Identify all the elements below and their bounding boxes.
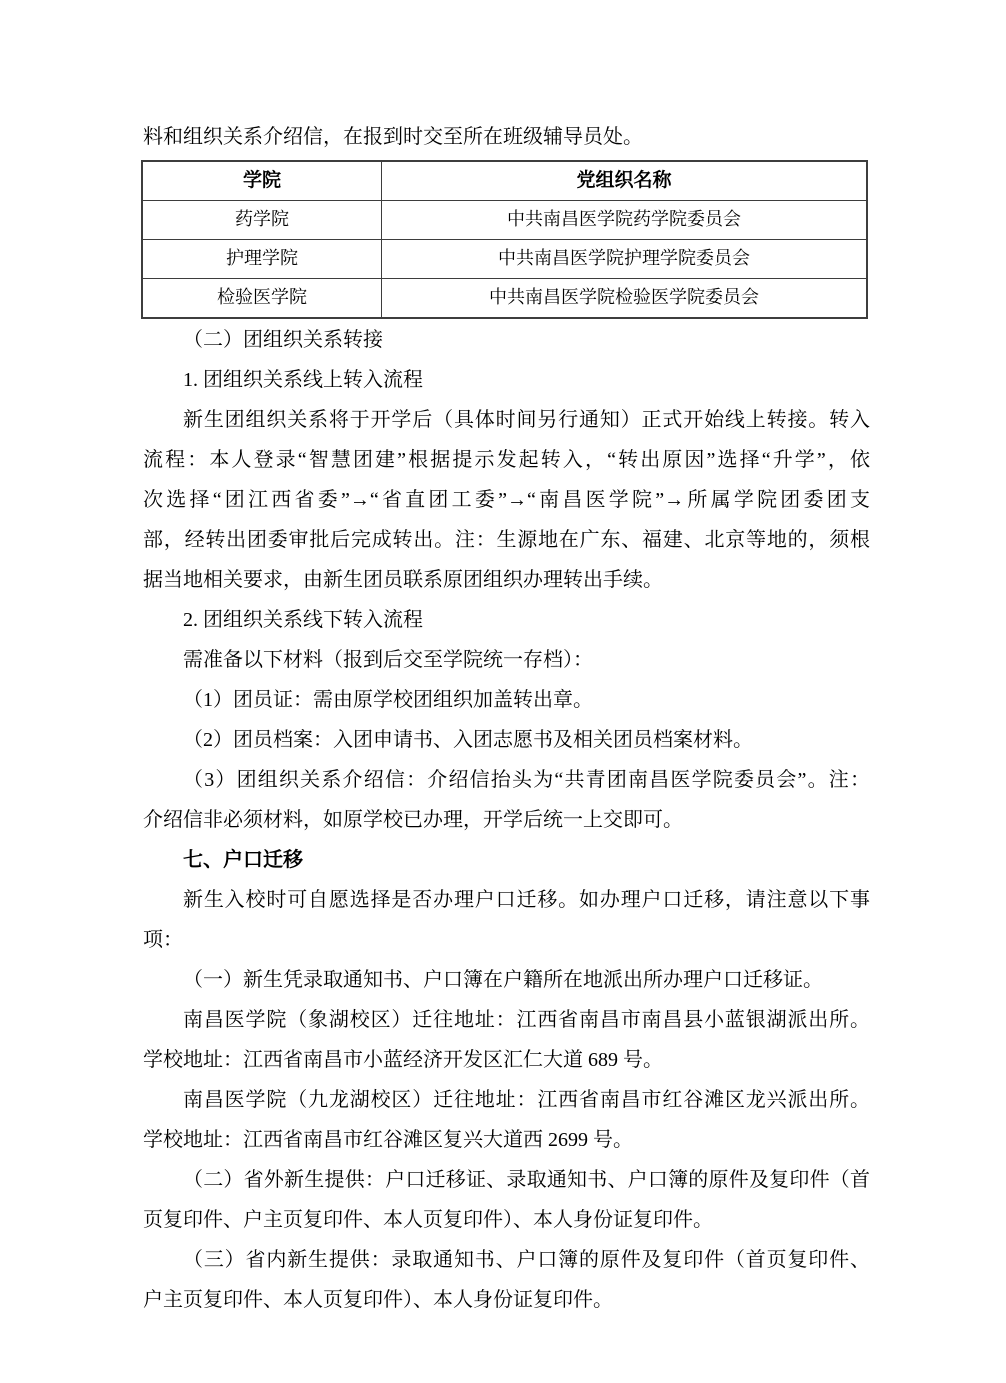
table-cell-party-org: 中共南昌医学院药学院委员会 bbox=[382, 201, 868, 240]
text-line: 页复印件、户主页复印件、本人页复印件）、本人身份证复印件。 bbox=[143, 1200, 870, 1240]
list-item-2: （2）团员档案：入团申请书、入团志愿书及相关团员档案材料。 bbox=[143, 720, 870, 760]
list-heading-online-process: 1. 团组织关系线上转入流程 bbox=[143, 360, 870, 400]
list-heading-offline-process: 2. 团组织关系线下转入流程 bbox=[143, 600, 870, 640]
list-item-3: （3）团组织关系介绍信：介绍信抬头为“共青团南昌医学院委员会”。注： bbox=[143, 760, 870, 800]
table-cell-college: 药学院 bbox=[142, 201, 382, 240]
intro-line: 料和组织关系介绍信，在报到时交至所在班级辅导员处。 bbox=[143, 117, 870, 157]
party-org-table: 学院 党组织名称 药学院 中共南昌医学院药学院委员会 护理学院 中共南昌医学院护… bbox=[141, 160, 868, 319]
list-item-hukou-1: （一）新生凭录取通知书、户口簿在户籍所在地派出所办理户口迁移证。 bbox=[143, 960, 870, 1000]
table-cell-college: 检验医学院 bbox=[142, 279, 382, 319]
text-line: 新生团组织关系将于开学后（具体时间另行通知）正式开始线上转接。转入 bbox=[143, 400, 870, 440]
table-header-row: 学院 党组织名称 bbox=[142, 161, 867, 201]
table-cell-party-org: 中共南昌医学院检验医学院委员会 bbox=[382, 279, 868, 319]
text-line: 需准备以下材料（报到后交至学院统一存档）： bbox=[143, 640, 870, 680]
list-item-hukou-3: （三）省内新生提供：录取通知书、户口簿的原件及复印件（首页复印件、 bbox=[143, 1240, 870, 1280]
list-item-1: （1）团员证：需由原学校团组织加盖转出章。 bbox=[143, 680, 870, 720]
text-line: 流程：本人登录“智慧团建”根据提示发起转入，“转出原因”选择“升学”，依 bbox=[143, 440, 870, 480]
table-header-party-org: 党组织名称 bbox=[382, 161, 868, 201]
text-line: 据当地相关要求，由新生团员联系原团组织办理转出手续。 bbox=[143, 560, 870, 600]
text-line: 次选择“团江西省委”→“省直团工委”→“南昌医学院”→所属学院团委团支 bbox=[143, 480, 870, 520]
text-line: 项： bbox=[143, 920, 870, 960]
table-header-college: 学院 bbox=[142, 161, 382, 201]
text-line: 南昌医学院（象湖校区）迁往地址：江西省南昌市南昌县小蓝银湖派出所。 bbox=[143, 1000, 870, 1040]
section-heading-hukou: 七、户口迁移 bbox=[143, 840, 870, 880]
subsection-heading-league-transfer: （二）团组织关系转接 bbox=[143, 320, 870, 360]
text-line: 南昌医学院（九龙湖校区）迁往地址：江西省南昌市红谷滩区龙兴派出所。 bbox=[143, 1080, 870, 1120]
table-row: 检验医学院 中共南昌医学院检验医学院委员会 bbox=[142, 279, 867, 319]
document-page: 料和组织关系介绍信，在报到时交至所在班级辅导员处。 学院 党组织名称 药学院 中… bbox=[0, 0, 1006, 1383]
text-line: 学校地址：江西省南昌市红谷滩区复兴大道西 2699 号。 bbox=[143, 1120, 870, 1160]
table-row: 药学院 中共南昌医学院药学院委员会 bbox=[142, 201, 867, 240]
text-line: 新生入校时可自愿选择是否办理户口迁移。如办理户口迁移，请注意以下事 bbox=[143, 880, 870, 920]
text-line: 介绍信非必须材料，如原学校已办理，开学后统一上交即可。 bbox=[143, 800, 870, 840]
document-content: 料和组织关系介绍信，在报到时交至所在班级辅导员处。 学院 党组织名称 药学院 中… bbox=[143, 117, 870, 1320]
text-line: 户主页复印件、本人页复印件）、本人身份证复印件。 bbox=[143, 1280, 870, 1320]
table-cell-party-org: 中共南昌医学院护理学院委员会 bbox=[382, 240, 868, 279]
table-cell-college: 护理学院 bbox=[142, 240, 382, 279]
table-row: 护理学院 中共南昌医学院护理学院委员会 bbox=[142, 240, 867, 279]
list-item-hukou-2: （二）省外新生提供：户口迁移证、录取通知书、户口簿的原件及复印件（首 bbox=[143, 1160, 870, 1200]
text-line: 学校地址：江西省南昌市小蓝经济开发区汇仁大道 689 号。 bbox=[143, 1040, 870, 1080]
text-line: 部，经转出团委审批后完成转出。注：生源地在广东、福建、北京等地的，须根 bbox=[143, 520, 870, 560]
